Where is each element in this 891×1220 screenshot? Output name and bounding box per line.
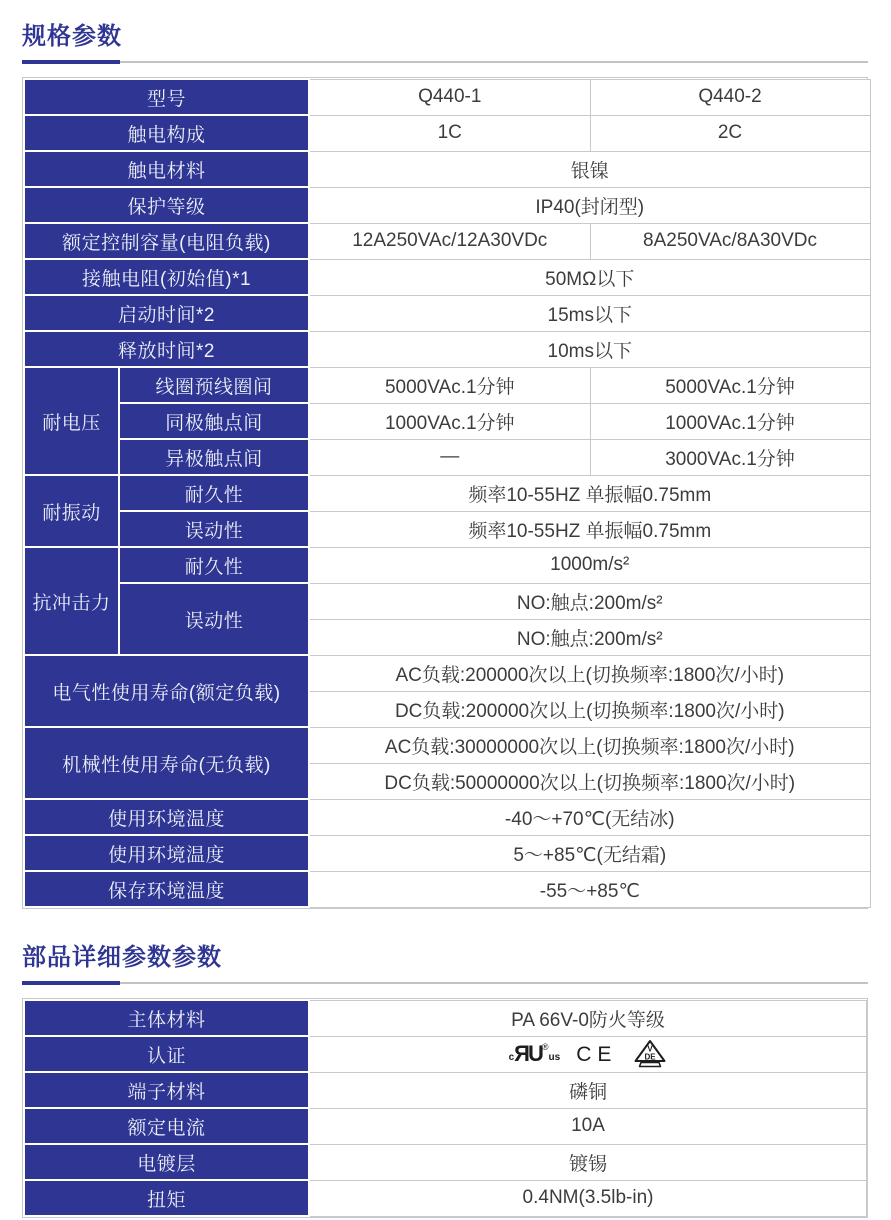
table-row: 释放时间*210ms以下 [24, 331, 870, 367]
spec-value-cell: -55～+85℃ [309, 871, 870, 907]
table-row: 额定电流10A [24, 1108, 867, 1144]
table-row: 启动时间*215ms以下 [24, 295, 870, 331]
spec-value-cell: 银镍 [309, 151, 870, 187]
table-row: 耐振动耐久性频率10-55HZ 单振幅0.75mm [24, 475, 870, 511]
spec-value-cell: 10ms以下 [309, 331, 870, 367]
spec-value-cell: DC负载:50000000次以上(切换频率:1800次/小时) [309, 763, 870, 799]
title-accent-bar-2 [22, 981, 120, 985]
spec-value-cell: 1C [309, 115, 590, 151]
spec-value-cell: cЯU®us CE V DE [309, 1036, 867, 1072]
spec-value-cell: DC负载:200000次以上(切换频率:1800次/小时) [309, 691, 870, 727]
certification-marks: cЯU®us CE V DE [316, 1039, 860, 1069]
spec-value-cell: — [309, 439, 590, 475]
table-row: 误动性NO:触点:200m/s² [24, 583, 870, 619]
spec-value-cell: 镀锡 [309, 1144, 867, 1180]
specs-table-wrap: 型号Q440-1Q440-2触电构成1C2C触电材料银镍保护等级IP40(封闭型… [22, 77, 868, 909]
section-specifications: 规格参数 型号Q440-1Q440-2触电构成1C2C触电材料银镍保护等级IP4… [22, 16, 868, 909]
spec-label-cell: 耐久性 [119, 475, 309, 511]
table-row: 同极触点间1000VAc.1分钟1000VAc.1分钟 [24, 403, 870, 439]
spec-label-cell: 认证 [24, 1036, 309, 1072]
ul-us-label: us [549, 1052, 561, 1065]
spec-label-cell: 保护等级 [24, 187, 309, 223]
table-row: 使用环境温度-40～+70℃(无结冰) [24, 799, 870, 835]
ce-certification-icon: CE [576, 1044, 617, 1065]
spec-value-cell: NO:触点:200m/s² [309, 619, 870, 655]
spec-label-cell: 机械性使用寿命(无负载) [24, 727, 309, 799]
spec-label-cell: 异极触点间 [119, 439, 309, 475]
table-row: 使用环境温度5～+85℃(无结霜) [24, 835, 870, 871]
table-row: 机械性使用寿命(无负载)AC负载:30000000次以上(切换频率:1800次/… [24, 727, 870, 763]
spec-label-cell: 耐电压 [24, 367, 119, 475]
table-row: 触电构成1C2C [24, 115, 870, 151]
parts-table-wrap: 主体材料PA 66V-0防火等级认证 cЯU®us CE V DE 端子材料磷铜… [22, 998, 868, 1218]
spec-label-cell: 触电材料 [24, 151, 309, 187]
specs-section-title: 规格参数 [22, 16, 868, 51]
table-row: 额定控制容量(电阻负载)12A250VAc/12A30VDc8A250VAc/8… [24, 223, 870, 259]
spec-value-cell: NO:触点:200m/s² [309, 583, 870, 619]
spec-label-cell: 误动性 [119, 583, 309, 655]
spec-value-cell: 3000VAc.1分钟 [590, 439, 870, 475]
svg-text:DE: DE [645, 1053, 657, 1062]
ul-certification-icon: cЯU®us [509, 1043, 561, 1065]
spec-label-cell: 接触电阻(初始值)*1 [24, 259, 309, 295]
vde-certification-icon: V DE [633, 1039, 667, 1069]
table-row: 保护等级IP40(封闭型) [24, 187, 870, 223]
specs-table: 型号Q440-1Q440-2触电构成1C2C触电材料银镍保护等级IP40(封闭型… [23, 78, 871, 908]
section-part-details: 部品详细参数参数 主体材料PA 66V-0防火等级认证 cЯU®us CE V … [22, 937, 868, 1218]
table-row: 耐电压线圈预线圈间5000VAc.1分钟5000VAc.1分钟 [24, 367, 870, 403]
spec-value-cell: 磷铜 [309, 1072, 867, 1108]
ul-main-glyph: ЯU [514, 1043, 542, 1065]
spec-label-cell: 主体材料 [24, 1000, 309, 1036]
table-row: 电镀层镀锡 [24, 1144, 867, 1180]
spec-label-cell: 使用环境温度 [24, 799, 309, 835]
spec-label-cell: 耐久性 [119, 547, 309, 583]
spec-value-cell: 频率10-55HZ 单振幅0.75mm [309, 511, 870, 547]
parts-table: 主体材料PA 66V-0防火等级认证 cЯU®us CE V DE 端子材料磷铜… [23, 999, 867, 1217]
spec-label-cell: 电气性使用寿命(额定负载) [24, 655, 309, 727]
ul-registered-symbol: ® [542, 1043, 549, 1052]
spec-sheet-page: 规格参数 型号Q440-1Q440-2触电构成1C2C触电材料银镍保护等级IP4… [0, 0, 891, 1218]
spec-value-cell: 5～+85℃(无结霜) [309, 835, 870, 871]
spec-label-cell: 额定控制容量(电阻负载) [24, 223, 309, 259]
spec-value-cell: -40～+70℃(无结冰) [309, 799, 870, 835]
spec-label-cell: 端子材料 [24, 1072, 309, 1108]
table-row: 认证 cЯU®us CE V DE [24, 1036, 867, 1072]
table-row: 抗冲击力耐久性1000m/s² [24, 547, 870, 583]
spec-label-cell: 耐振动 [24, 475, 119, 547]
spec-value-cell: 10A [309, 1108, 867, 1144]
spec-label-cell: 电镀层 [24, 1144, 309, 1180]
spec-value-cell: 1000VAc.1分钟 [590, 403, 870, 439]
spec-label-cell: 启动时间*2 [24, 295, 309, 331]
spec-value-cell: PA 66V-0防火等级 [309, 1000, 867, 1036]
table-row: 误动性频率10-55HZ 单振幅0.75mm [24, 511, 870, 547]
table-row: 扭矩0.4NM(3.5lb-in) [24, 1180, 867, 1216]
spec-value-cell: 5000VAc.1分钟 [590, 367, 870, 403]
table-row: 端子材料磷铜 [24, 1072, 867, 1108]
table-row: 主体材料PA 66V-0防火等级 [24, 1000, 867, 1036]
spec-value-cell: Q440-2 [590, 79, 870, 115]
spec-label-cell: 扭矩 [24, 1180, 309, 1216]
spec-value-cell: IP40(封闭型) [309, 187, 870, 223]
title-underline-2 [22, 981, 868, 985]
spec-value-cell: 5000VAc.1分钟 [309, 367, 590, 403]
spec-value-cell: 50MΩ以下 [309, 259, 870, 295]
spec-label-cell: 抗冲击力 [24, 547, 119, 655]
spec-value-cell: 2C [590, 115, 870, 151]
title-accent-bar [22, 60, 120, 64]
spec-label-cell: 型号 [24, 79, 309, 115]
spec-label-cell: 线圈预线圈间 [119, 367, 309, 403]
spec-label-cell: 使用环境温度 [24, 835, 309, 871]
spec-value-cell: 频率10-55HZ 单振幅0.75mm [309, 475, 870, 511]
spec-label-cell: 误动性 [119, 511, 309, 547]
spec-value-cell: 1000VAc.1分钟 [309, 403, 590, 439]
spec-value-cell: AC负载:200000次以上(切换频率:1800次/小时) [309, 655, 870, 691]
title-rule-line-2 [22, 982, 868, 984]
spec-label-cell: 同极触点间 [119, 403, 309, 439]
vde-triangle-icon: V DE [633, 1039, 667, 1069]
title-rule-line [22, 61, 868, 63]
table-row: 异极触点间—3000VAc.1分钟 [24, 439, 870, 475]
table-row: 型号Q440-1Q440-2 [24, 79, 870, 115]
spec-value-cell: 0.4NM(3.5lb-in) [309, 1180, 867, 1216]
spec-label-cell: 额定电流 [24, 1108, 309, 1144]
spec-value-cell: 12A250VAc/12A30VDc [309, 223, 590, 259]
spec-value-cell: 15ms以下 [309, 295, 870, 331]
spec-value-cell: Q440-1 [309, 79, 590, 115]
spec-value-cell: 8A250VAc/8A30VDc [590, 223, 870, 259]
spec-label-cell: 保存环境温度 [24, 871, 309, 907]
table-row: 保存环境温度-55～+85℃ [24, 871, 870, 907]
spec-label-cell: 释放时间*2 [24, 331, 309, 367]
spec-value-cell: AC负载:30000000次以上(切换频率:1800次/小时) [309, 727, 870, 763]
spec-label-cell: 触电构成 [24, 115, 309, 151]
table-row: 触电材料银镍 [24, 151, 870, 187]
spec-value-cell: 1000m/s² [309, 547, 870, 583]
parts-section-title: 部品详细参数参数 [22, 937, 868, 972]
table-row: 接触电阻(初始值)*150MΩ以下 [24, 259, 870, 295]
title-underline [22, 60, 868, 64]
table-row: 电气性使用寿命(额定负载)AC负载:200000次以上(切换频率:1800次/小… [24, 655, 870, 691]
